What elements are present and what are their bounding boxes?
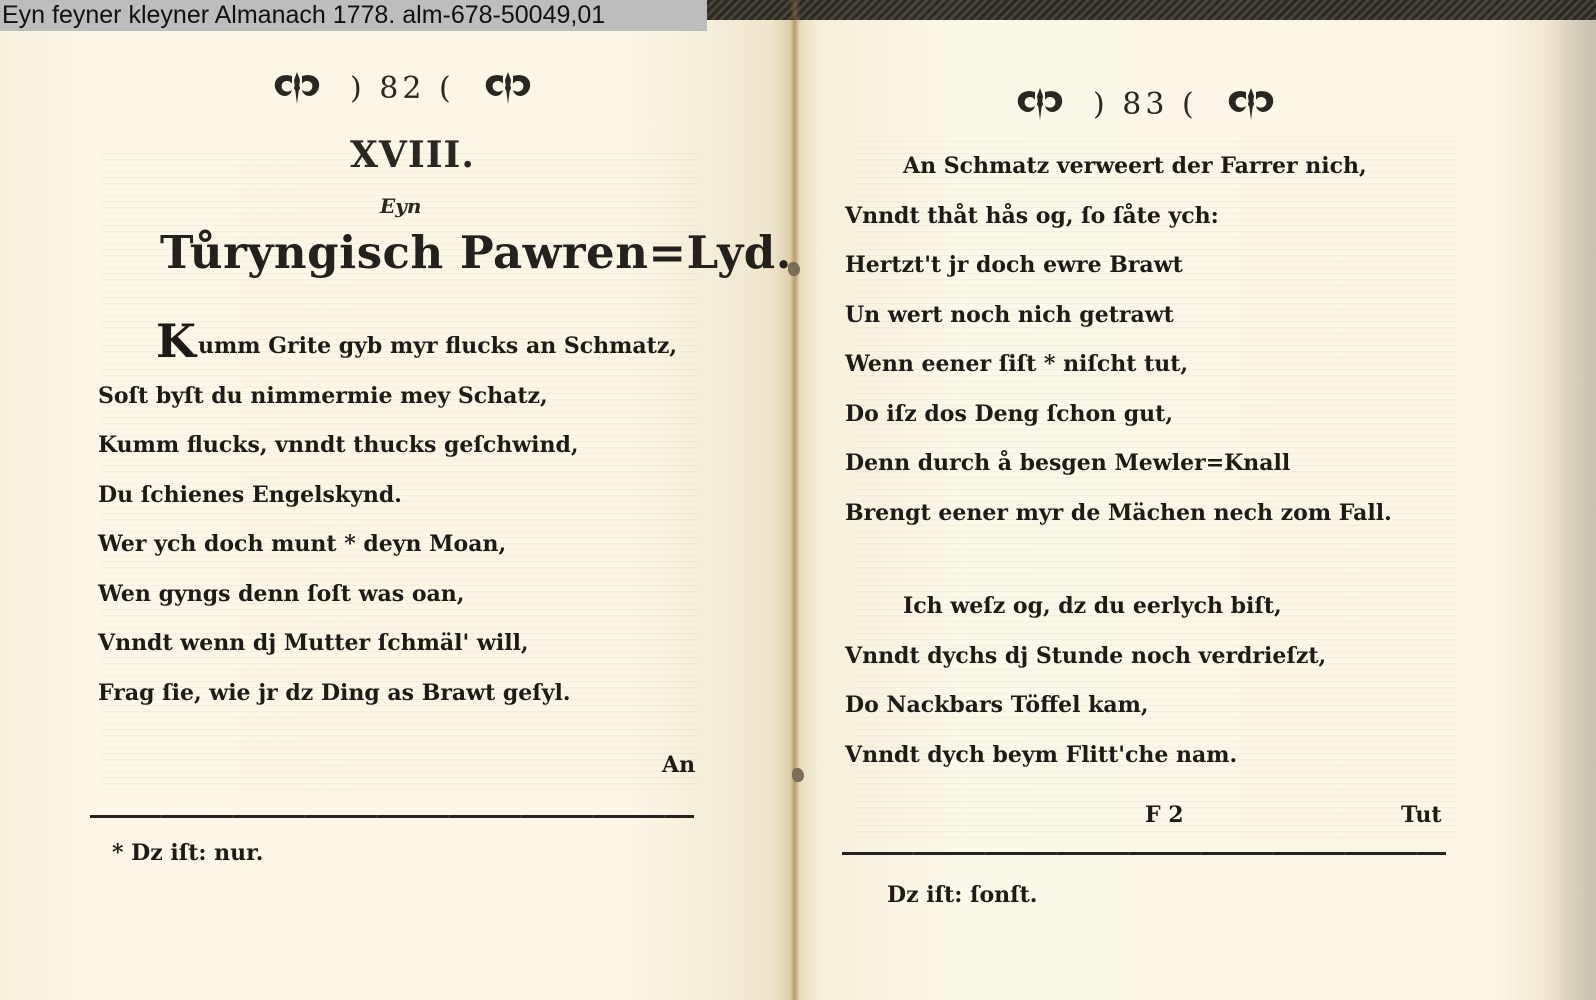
page-83: ) 83 ( An Schmatz verweert der Farrer ni…: [795, 18, 1596, 1000]
footnote: Dz iſt: ſonſt.: [887, 882, 1037, 908]
verse-right-stanza-2: Ich weſz og, dz du eerlych biſt, Vnndt d…: [845, 582, 1326, 780]
verse-line: Un wert noch nich getrawt: [845, 291, 1392, 341]
page-number: ) 83 (: [1093, 87, 1198, 122]
binding-thread: [792, 768, 804, 782]
signature-mark: F 2: [1145, 802, 1184, 828]
verse-line: Vnndt dych beym Flitt'che nam.: [845, 731, 1326, 781]
verse-line: Ich weſz og, dz du eerlych biſt,: [845, 582, 1326, 632]
verse-line: Vnndt wenn dj Mutter ſchmäl' will,: [98, 619, 677, 669]
verse-line: Du ſchienes Engelskynd.: [98, 471, 677, 521]
footnote: * Dz iſt: nur.: [112, 840, 263, 866]
verse-line: Wenn eener ſiſt * niſcht tut,: [845, 340, 1392, 390]
binding-edge: [700, 0, 1596, 20]
image-caption: Eyn feyner kleyner Almanach 1778. alm-67…: [0, 0, 707, 31]
catchword: An: [662, 752, 695, 778]
catchword: Tut: [1401, 802, 1442, 828]
scan-stage: ) 82 ( XVIII. Eyn Tůryngisch Pawren=Lyd.…: [0, 0, 1596, 1000]
binding-thread: [788, 262, 800, 276]
chapter-number: XVIII.: [350, 134, 475, 176]
book-gutter: [790, 0, 800, 1000]
verse-line: Do Nackbars Töffel kam,: [845, 681, 1326, 731]
verse-line: Denn durch å besgen Mewler=Knall: [845, 439, 1392, 489]
verse-line: Wen gyngs denn ſoſt was oan,: [98, 570, 677, 620]
verse-line: Wer ych doch munt * deyn Moan,: [98, 520, 677, 570]
page-82: ) 82 ( XVIII. Eyn Tůryngisch Pawren=Lyd.…: [0, 0, 795, 1000]
verse-right-stanza-1: An Schmatz verweert der Farrer nich, Vnn…: [845, 142, 1392, 538]
verse-left: Kumm Grite gyb myr flucks an Schmatz, So…: [98, 322, 677, 718]
fleuron-icon: [270, 68, 324, 108]
verse-line: Kumm flucks, vnndt thucks geſchwind,: [98, 421, 677, 471]
verse-line: Frag ſie, wie jr dz Ding as Brawt geſyl.: [98, 669, 677, 719]
verse-line: Hertzt't jr doch ewre Brawt: [845, 241, 1392, 291]
page-number: ) 82 (: [350, 71, 455, 106]
fleuron-icon: [1013, 84, 1067, 124]
verse-line: Brengt eener myr de Mächen nech zom Fall…: [845, 489, 1392, 539]
verse-line: Vnndt dychs dj Stunde noch verdrieſzt,: [845, 632, 1326, 682]
verse-line: An Schmatz verweert der Farrer nich,: [845, 142, 1392, 192]
poem-title: Tůryngisch Pawren=Lyd.: [160, 226, 792, 279]
verse-line: Soſt byſt du nimmermie mey Schatz,: [98, 372, 677, 422]
verse-line: Kumm Grite gyb myr flucks an Schmatz,: [98, 322, 677, 372]
verse-line: Vnndt thåt hås og, ſo ſåte ych:: [845, 192, 1392, 242]
fleuron-icon: [481, 68, 535, 108]
running-head-right: ) 83 (: [1013, 84, 1278, 124]
fleuron-icon: [1224, 84, 1278, 124]
verse-line: Do iſz dos Deng ſchon gut,: [845, 390, 1392, 440]
running-head-left: ) 82 (: [270, 68, 535, 108]
footnote-rule: [842, 852, 1446, 855]
footnote-rule: [90, 815, 694, 818]
title-prefix: Eyn: [380, 194, 421, 218]
drop-cap: K: [156, 314, 196, 368]
